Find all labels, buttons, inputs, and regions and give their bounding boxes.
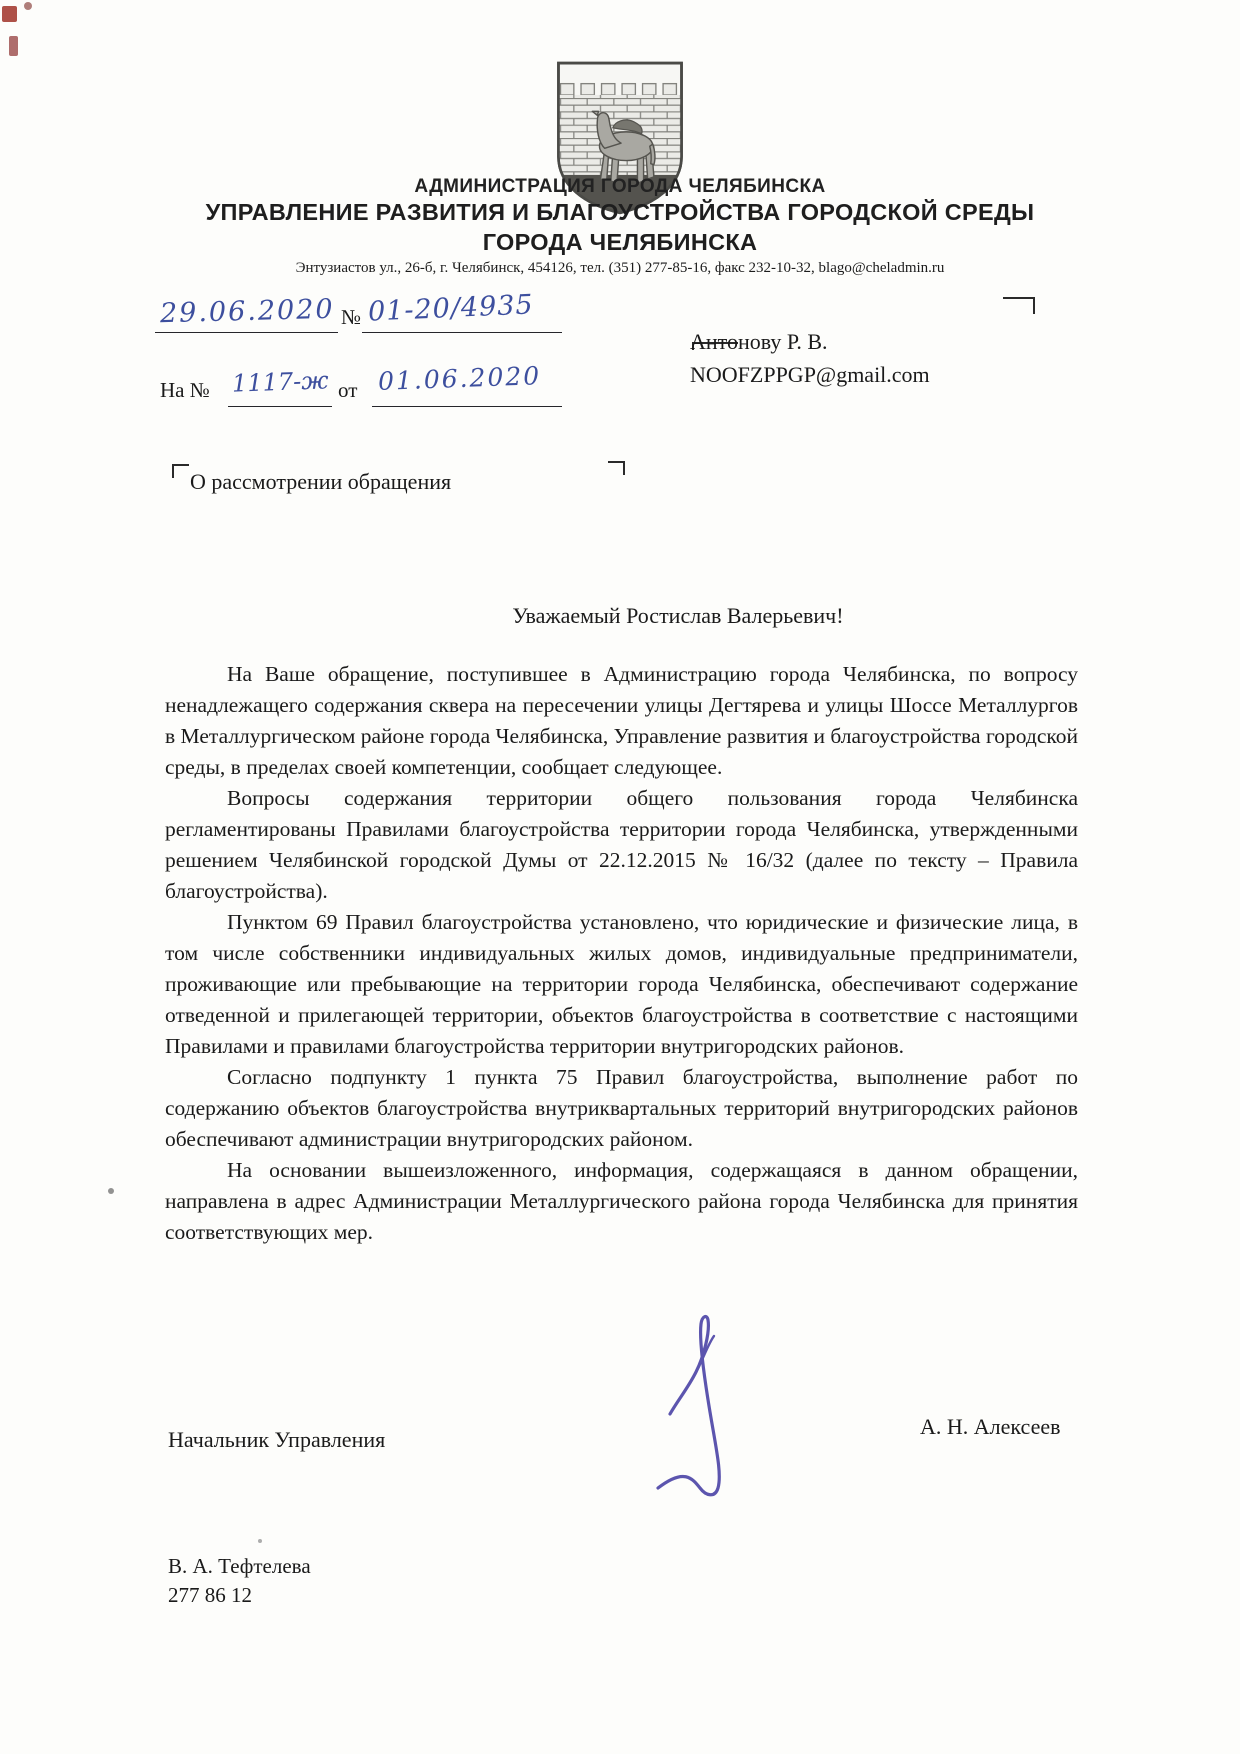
letter-body: На Ваше обращение, поступившее в Админис… bbox=[165, 659, 1078, 1248]
body-paragraph-2: Вопросы содержания территории общего пол… bbox=[165, 783, 1078, 907]
scanned-letter-page: АДМИНИСТРАЦИЯ ГОРОДА ЧЕЛЯБИНСКА УПРАВЛЕН… bbox=[0, 0, 1240, 1754]
scan-artifact bbox=[108, 1188, 114, 1194]
org-address-line: Энтузиастов ул., 26-б, г. Челябинск, 454… bbox=[0, 260, 1240, 277]
incoming-date-handwritten: 01.06.2020 bbox=[378, 361, 542, 396]
incoming-number-handwritten: 1117-ж bbox=[232, 366, 329, 397]
signer-name: А. Н. Алексеев bbox=[920, 1414, 1061, 1440]
scan-artifact bbox=[24, 2, 32, 10]
from-label: от bbox=[338, 378, 357, 403]
salutation: Уважаемый Ростислав Валерьевич! bbox=[58, 603, 1240, 629]
number-underline bbox=[362, 332, 562, 333]
incoming-date-underline bbox=[372, 406, 562, 407]
number-sign: № bbox=[341, 305, 361, 330]
org-name-line2: УПРАВЛЕНИЕ РАЗВИТИЯ И БЛАГОУСТРОЙСТВА ГО… bbox=[0, 199, 1240, 226]
scan-artifact bbox=[258, 1539, 262, 1543]
date-underline bbox=[155, 332, 338, 333]
recipient-email: NOOFZPPGP@gmail.com bbox=[690, 362, 930, 388]
outgoing-date-handwritten: 29.06.2020 bbox=[160, 294, 335, 330]
body-paragraph-3: Пунктом 69 Правил благоустройства устано… bbox=[165, 907, 1078, 1062]
incoming-number-underline bbox=[228, 406, 332, 407]
org-name-line1: АДМИНИСТРАЦИЯ ГОРОДА ЧЕЛЯБИНСКА bbox=[0, 176, 1240, 198]
scan-artifact bbox=[2, 6, 17, 22]
org-name-line3: ГОРОДА ЧЕЛЯБИНСКА bbox=[0, 229, 1240, 256]
incoming-ref-label: На № bbox=[160, 378, 210, 403]
signer-position: Начальник Управления bbox=[168, 1427, 385, 1453]
executor-phone: 277 86 12 bbox=[168, 1583, 252, 1608]
crop-mark-subject-right bbox=[608, 461, 625, 475]
body-paragraph-4: Согласно подпункту 1 пункта 75 Правил бл… bbox=[165, 1062, 1078, 1155]
subject-line: О рассмотрении обращения bbox=[190, 469, 451, 495]
recipient-name: Антонову Р. В. bbox=[690, 329, 828, 355]
crop-mark-top-right bbox=[1003, 297, 1035, 314]
scan-artifact bbox=[9, 36, 18, 56]
crop-mark-subject-left bbox=[172, 464, 189, 478]
body-paragraph-1: На Ваше обращение, поступившее в Админис… bbox=[165, 659, 1078, 783]
handwritten-signature-icon bbox=[618, 1292, 798, 1507]
body-paragraph-5: На основании вышеизложенного, информация… bbox=[165, 1155, 1078, 1248]
executor-name: В. А. Тефтелева bbox=[168, 1554, 311, 1579]
outgoing-number-handwritten: 01-20/4935 bbox=[367, 289, 534, 327]
